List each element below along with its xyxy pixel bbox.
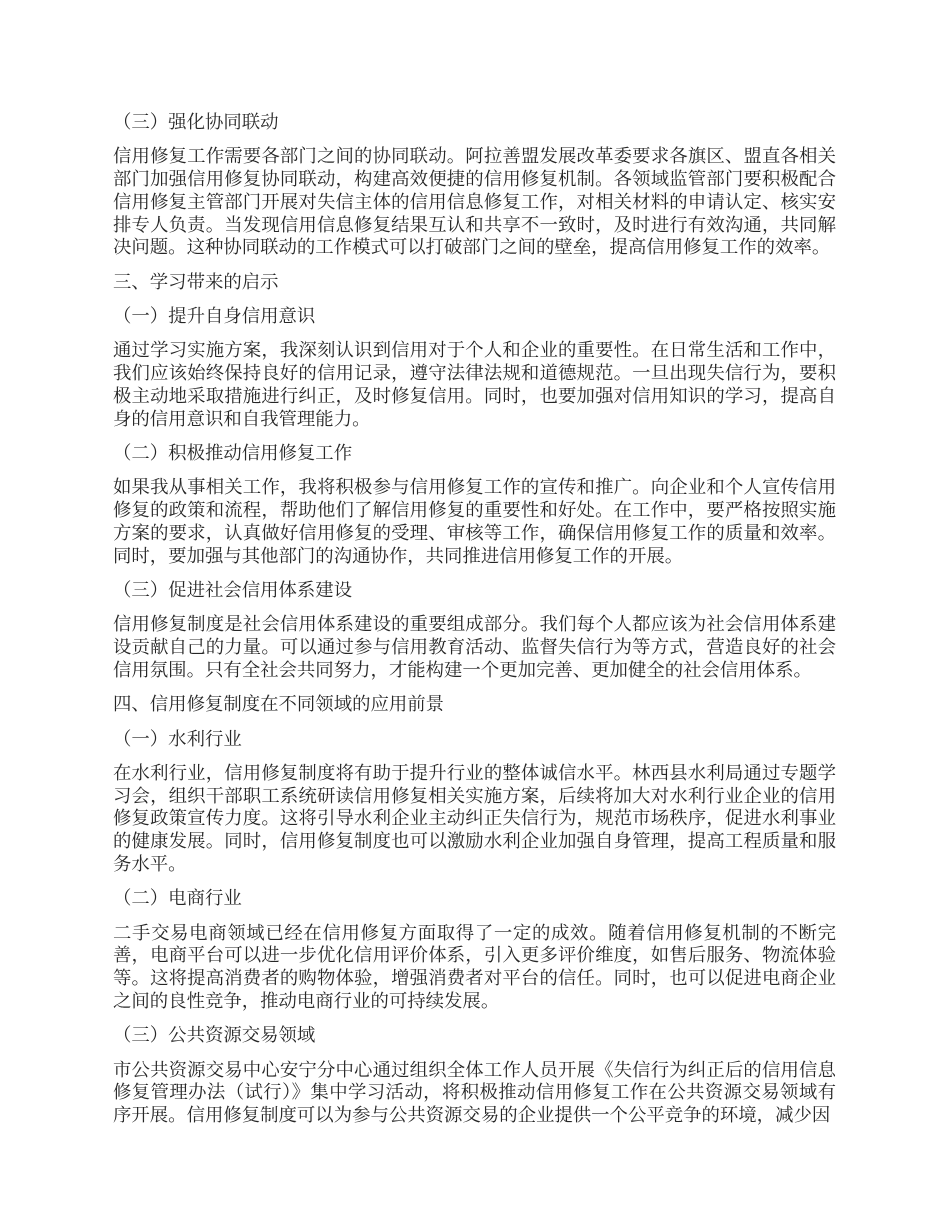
paragraph-ecommerce-industry: 二手交易电商领域已经在信用修复方面取得了一定的成效。随着信用修复机制的不断完善，… [113, 922, 836, 1013]
heading-learning-insights: 三、学习带来的启示 [113, 271, 836, 294]
heading-water-industry: （一）水利行业 [113, 728, 836, 751]
heading-public-resource-trading: （三）公共资源交易领域 [113, 1024, 836, 1047]
paragraph-promote-credit-repair: 如果我从事相关工作，我将积极参与信用修复工作的宣传和推广。向企业和个人宣传信用修… [113, 476, 836, 567]
paragraph-water-industry: 在水利行业，信用修复制度将有助于提升行业的整体诚信水平。林西县水利局通过专题学习… [113, 762, 836, 876]
heading-application-prospects: 四、信用修复制度在不同领域的应用前景 [113, 693, 836, 716]
document-page: （三）强化协同联动 信用修复工作需要各部门之间的协同联动。阿拉善盟发展改革委要求… [0, 0, 950, 1230]
heading-ecommerce-industry: （二）电商行业 [113, 887, 836, 910]
paragraph-improve-credit-awareness: 通过学习实施方案，我深刻认识到信用对于个人和企业的重要性。在日常生活和工作中，我… [113, 339, 836, 430]
paragraph-public-resource-trading: 市公共资源交易中心安宁分中心通过组织全体工作人员开展《失信行为纠正后的信用信息修… [113, 1059, 836, 1127]
heading-improve-credit-awareness: （一）提升自身信用意识 [113, 305, 836, 328]
heading-promote-credit-repair: （二）积极推动信用修复工作 [113, 442, 836, 465]
paragraph-strengthen-coordination: 信用修复工作需要各部门之间的协同联动。阿拉善盟发展改革委要求各旗区、盟直各相关部… [113, 145, 836, 259]
heading-strengthen-coordination: （三）强化协同联动 [113, 111, 836, 134]
heading-social-credit-system: （三）促进社会信用体系建设 [113, 579, 836, 602]
paragraph-social-credit-system: 信用修复制度是社会信用体系建设的重要组成部分。我们每个人都应该为社会信用体系建设… [113, 613, 836, 681]
